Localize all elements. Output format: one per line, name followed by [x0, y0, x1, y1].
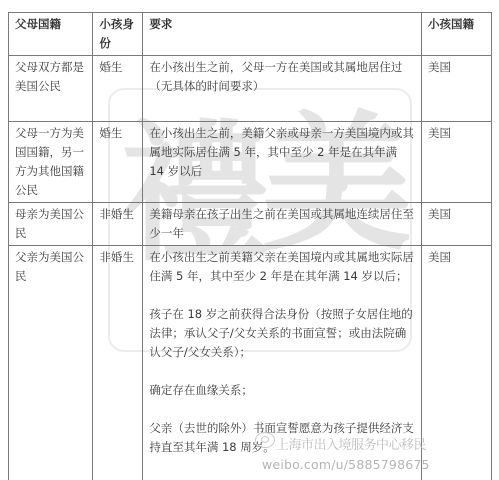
cell-child-status: 婚生: [93, 122, 143, 203]
cell-requirements: 在小孩出生之前，美籍父亲或母亲一方美国境内或其属地实际居住满 5 年，其中至少 …: [143, 122, 422, 203]
requirement-text: 在小孩出生之前，美籍父亲或母亲一方美国境内或其属地实际居住满 5 年，其中至少 …: [149, 124, 415, 181]
header-requirements: 要求: [143, 13, 422, 56]
cell-child-status: 非婚生: [93, 203, 143, 246]
cell-child-nationality: 美国: [422, 246, 492, 480]
cell-parents: 父亲为美国公民: [9, 246, 93, 480]
table-row: 父母双方都是美国公民 婚生 在小孩出生之前，父母一方在美国或其属地居住过（无具体…: [9, 56, 492, 122]
header-parents-nationality: 父母国籍: [9, 13, 93, 56]
cell-child-status: 非婚生: [93, 246, 143, 480]
requirement-text: 美籍母亲在孩子出生之前在美国或其属地连续居住至少一年: [149, 205, 415, 243]
header-child-nationality: 小孩国籍: [422, 13, 492, 56]
header-child-status: 小孩身份: [93, 13, 143, 56]
weibo-watermark-name: 上海市出入境服务中心移民: [276, 434, 426, 453]
requirement-blood-relation: 确定存在血缘关系；: [149, 381, 415, 400]
requirement-residency: 在小孩出生之前美籍父亲在美国境内或其属地实际居住满 5 年，其中至少 2 年是在…: [149, 248, 415, 286]
cell-child-nationality: 美国: [422, 203, 492, 246]
cell-parents: 母亲为美国公民: [9, 203, 93, 246]
cell-parents: 父母一方为美国国籍，另一方为其他国籍公民: [9, 122, 93, 203]
table-row: 母亲为美国公民 非婚生 美籍母亲在孩子出生之前在美国或其属地连续居住至少一年 美…: [9, 203, 492, 246]
cell-child-nationality: 美国: [422, 56, 492, 122]
requirement-legal-status: 孩子在 18 岁之前获得合法身份（按照子女居住地的法律；承认父子/父女关系的书面…: [149, 305, 415, 362]
cell-child-nationality: 美国: [422, 122, 492, 203]
table-row: 父母一方为美国国籍，另一方为其他国籍公民 婚生 在小孩出生之前，美籍父亲或母亲一…: [9, 122, 492, 203]
cell-requirements: 美籍母亲在孩子出生之前在美国或其属地连续居住至少一年: [143, 203, 422, 246]
requirement-text: 在小孩出生之前，父母一方在美国或其属地居住过（无具体的时间要求）: [149, 58, 415, 96]
weibo-watermark-url: weibo.com/u/5885798675: [262, 457, 430, 472]
cell-child-status: 婚生: [93, 56, 143, 122]
cell-requirements: 在小孩出生之前，父母一方在美国或其属地居住过（无具体的时间要求）: [143, 56, 422, 122]
weibo-logo-icon: [255, 432, 275, 448]
cell-parents: 父母双方都是美国公民: [9, 56, 93, 122]
citizenship-table: 父母国籍 小孩身份 要求 小孩国籍 父母双方都是美国公民 婚生 在小孩出生之前，…: [8, 12, 492, 480]
table-header-row: 父母国籍 小孩身份 要求 小孩国籍: [9, 13, 492, 56]
